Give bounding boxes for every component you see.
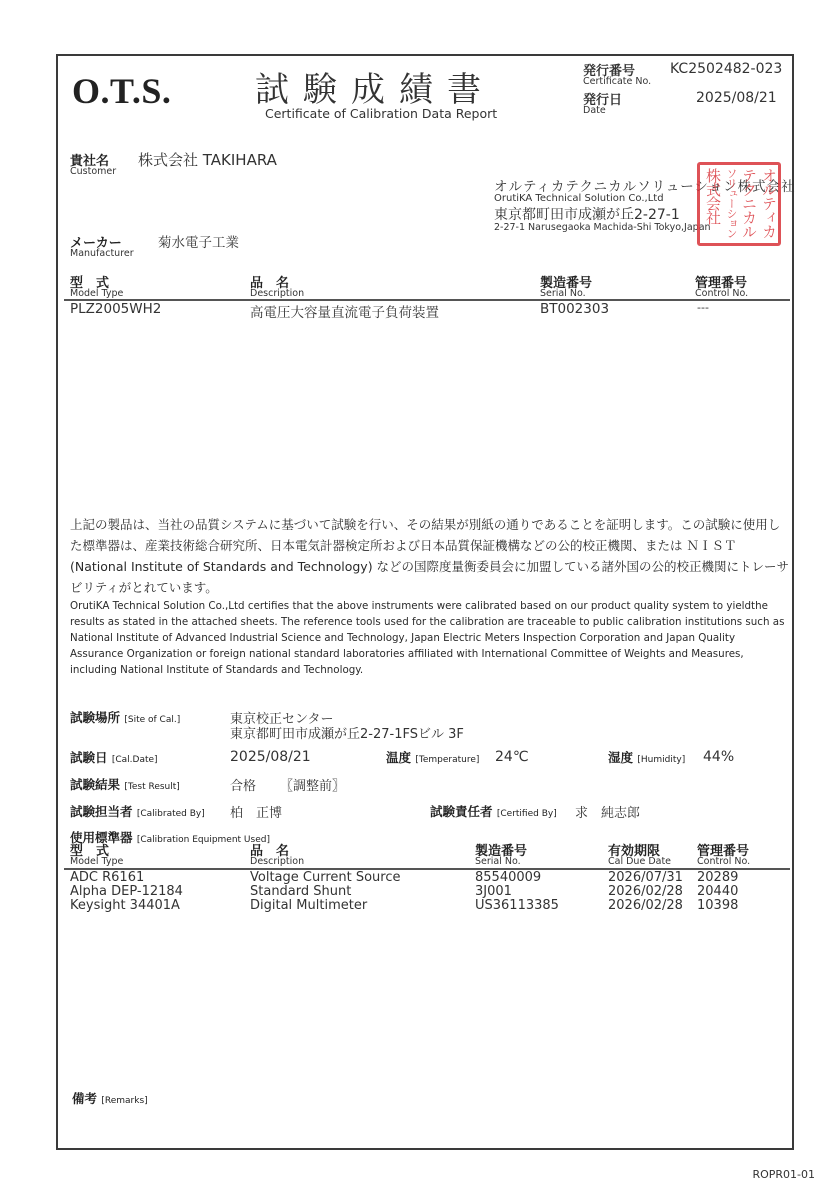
temperature-label: 温度 [Temperature]	[386, 748, 479, 766]
eq-header-description-en: Description	[250, 856, 304, 867]
calibrated-by-name: 柏 正博	[230, 802, 282, 821]
calibrated-by-label: 試験担当者 [Calibrated By]	[70, 802, 205, 820]
test-result-value: 合格	[230, 775, 256, 794]
eq-header-control-en: Control No.	[697, 856, 750, 867]
site-label-en: [Site of Cal.]	[124, 715, 180, 725]
eq-header-serial-en: Serial No.	[475, 856, 521, 867]
cell-due-date: 2026/02/28	[608, 899, 683, 913]
col-header-serial-en: Serial No.	[540, 288, 586, 299]
cell-serial: BT002303	[540, 301, 609, 317]
temperature-label-jp: 温度	[386, 750, 411, 765]
test-result-label-jp: 試験結果	[70, 777, 120, 792]
customer-label-en: Customer	[70, 166, 116, 177]
certified-by-label-en: [Certified By]	[497, 809, 557, 819]
humidity-label: 湿度 [Humidity]	[608, 748, 685, 766]
cell-description: 高電圧大容量直流電子負荷装置	[250, 301, 439, 321]
col-header-control-en: Control No.	[695, 288, 748, 299]
form-code: ROPR01-01	[752, 1168, 815, 1181]
company-seal-stamp: オルティカ テクニカル ソリューション 株式会社	[697, 162, 781, 246]
calibrated-by-label-jp: 試験担当者	[70, 804, 133, 819]
cell-serial: US36113385	[475, 899, 559, 913]
customer-name: 株式会社 TAKIHARA	[138, 149, 277, 170]
cal-date-label-en: [Cal.Date]	[112, 755, 158, 765]
site-label-jp: 試験場所	[70, 710, 120, 725]
temperature-value: 24℃	[495, 749, 529, 765]
cell-description: Voltage Current Source	[250, 871, 401, 885]
remarks-label-jp: 備考	[72, 1091, 97, 1106]
manufacturer-name: 菊水電子工業	[158, 231, 239, 251]
cell-description: Digital Multimeter	[250, 899, 367, 913]
test-result-label-en: [Test Result]	[124, 782, 179, 792]
cell-serial: 3J001	[475, 885, 512, 899]
cell-due-date: 2026/07/31	[608, 871, 683, 885]
certified-by-label-jp: 試験責任者	[430, 804, 493, 819]
cell-model: PLZ2005WH2	[70, 301, 161, 317]
issue-date: 2025/08/21	[696, 90, 777, 106]
cal-date: 2025/08/21	[230, 749, 311, 765]
test-result-label: 試験結果 [Test Result]	[70, 775, 180, 793]
cell-control: ---	[697, 301, 709, 314]
issuer-name-en: OrutiKA Technical Solution Co.,Ltd	[494, 193, 664, 204]
issuer-address-jp: 東京都町田市成瀬が丘2-27-1	[494, 204, 680, 224]
cell-model: ADC R6161	[70, 871, 144, 885]
cell-model: Keysight 34401A	[70, 899, 180, 913]
calibrated-by-label-en: [Calibrated By]	[137, 809, 205, 819]
eq-header-model-en: Model Type	[70, 856, 123, 867]
humidity-label-jp: 湿度	[608, 750, 633, 765]
certified-by-name: 求 純志郎	[575, 802, 640, 821]
cal-date-label: 試験日 [Cal.Date]	[70, 748, 158, 766]
cell-description: Standard Shunt	[250, 885, 351, 899]
stamp-text: 株式会社	[696, 168, 720, 224]
certification-statement-en: OrutiKA Technical Solution Co.,Ltd certi…	[70, 598, 790, 678]
humidity-value: 44%	[703, 749, 734, 765]
certified-by-label: 試験責任者 [Certified By]	[430, 802, 557, 820]
test-result-note: 〖調整前〗	[280, 775, 345, 794]
site-label: 試験場所 [Site of Cal.]	[70, 708, 180, 726]
humidity-label-en: [Humidity]	[637, 755, 685, 765]
remarks-label-en: [Remarks]	[101, 1096, 147, 1106]
certificate-no-label-en: Certificate No.	[583, 76, 651, 87]
issuer-address-en: 2-27-1 Narusegaoka Machida-Shi Tokyo,Jap…	[494, 222, 711, 233]
temperature-label-en: [Temperature]	[415, 755, 479, 765]
col-header-model-en: Model Type	[70, 288, 123, 299]
cell-model: Alpha DEP-12184	[70, 885, 183, 899]
cell-due-date: 2026/02/28	[608, 885, 683, 899]
issue-date-label-en: Date	[583, 105, 606, 116]
cell-control: 20289	[697, 871, 738, 885]
cell-control: 10398	[697, 899, 738, 913]
remarks-label: 備考 [Remarks]	[72, 1089, 148, 1107]
cal-date-label-jp: 試験日	[70, 750, 108, 765]
site-address: 東京都町田市成瀬が丘2-27-1FSビル 3F	[230, 723, 464, 742]
manufacturer-label-en: Manufacturer	[70, 248, 134, 259]
certification-statement-jp: 上記の製品は、当社の品質システムに基づいて試験を行い、その結果が別紙の通りである…	[70, 514, 790, 598]
eq-header-due-date-en: Cal Due Date	[608, 856, 671, 867]
certificate-number: KC2502482-023	[670, 61, 782, 77]
document-title-jp: 試験成績書	[255, 62, 495, 111]
cell-control: 20440	[697, 885, 738, 899]
col-header-description-en: Description	[250, 288, 304, 299]
cell-serial: 85540009	[475, 871, 541, 885]
document-title-en: Certificate of Calibration Data Report	[265, 106, 497, 121]
company-logo: O.T.S.	[72, 70, 171, 112]
